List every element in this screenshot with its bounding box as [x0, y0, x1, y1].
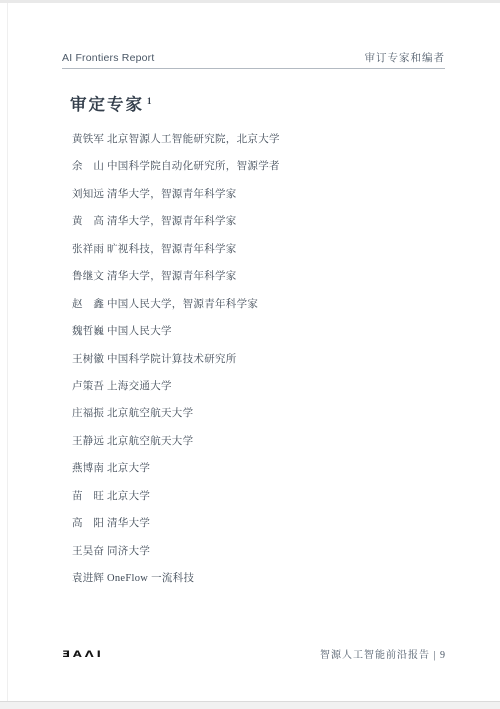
expert-affiliation: 中国人民大学	[107, 325, 172, 339]
page-title-text: 审定专家	[70, 95, 144, 114]
expert-row: 魏哲巍 中国人民大学	[72, 325, 470, 352]
page-edge-left	[7, 3, 8, 701]
expert-affiliation: 北京航空航天大学	[107, 435, 193, 449]
document-page: AI Frontiers Report 审订专家和编者 审定专家1 黄铁军 北京…	[0, 0, 500, 709]
expert-row: 苗 旺 北京大学	[72, 490, 470, 517]
expert-row: 王昊奋 同济大学	[72, 545, 470, 572]
expert-row: 黄铁军 北京智源人工智能研究院，北京大学	[72, 133, 470, 160]
expert-name: 王静远	[72, 435, 104, 449]
expert-name: 赵 鑫	[72, 298, 104, 312]
expert-name: 庄福振	[72, 407, 104, 421]
expert-name: 王树徽	[72, 353, 104, 367]
header-rule	[62, 68, 445, 69]
expert-row: 赵 鑫 中国人民大学，智源青年科学家	[72, 298, 470, 325]
page-header: AI Frontiers Report 审订专家和编者	[62, 50, 445, 65]
expert-row: 高 阳 清华大学	[72, 517, 470, 544]
header-section-name: 审订专家和编者	[365, 50, 446, 65]
expert-affiliation: 同济大学	[107, 545, 150, 559]
title-footnote-marker: 1	[147, 96, 152, 106]
expert-row: 王树徽 中国科学院计算技术研究所	[72, 353, 470, 380]
expert-row: 黄 高 清华大学，智源青年科学家	[72, 215, 470, 242]
header-report-name: AI Frontiers Report	[62, 52, 155, 64]
expert-affiliation: 清华大学，智源青年科学家	[107, 215, 237, 229]
expert-affiliation: 清华大学，智源青年科学家	[107, 270, 237, 284]
expert-affiliation: OneFlow 一流科技	[107, 572, 194, 586]
expert-affiliation: 北京大学	[107, 490, 150, 504]
expert-row: 余 山 中国科学院自动化研究所，智源学者	[72, 160, 470, 187]
expert-row: 王静远 北京航空航天大学	[72, 435, 470, 462]
footer-page-info: 智源人工智能前沿报告 | 9	[320, 646, 446, 661]
expert-name: 燕博南	[72, 462, 104, 476]
expert-row: 卢策吾 上海交通大学	[72, 380, 470, 407]
expert-name: 张祥雨	[72, 243, 104, 257]
baai-logo: ƎAΛI	[62, 648, 104, 659]
page-footer: ƎAΛI 智源人工智能前沿报告 | 9	[62, 646, 446, 661]
expert-name: 魏哲巍	[72, 325, 104, 339]
expert-name: 苗 旺	[72, 490, 104, 504]
page-title: 审定专家1	[70, 91, 152, 115]
expert-name: 鲁继文	[72, 270, 104, 284]
expert-affiliation: 清华大学，智源青年科学家	[107, 188, 237, 202]
expert-name: 黄铁军	[72, 133, 104, 147]
expert-affiliation: 中国科学院计算技术研究所	[107, 353, 237, 367]
expert-affiliation: 北京智源人工智能研究院，北京大学	[107, 133, 280, 147]
expert-name: 刘知远	[72, 188, 104, 202]
expert-row: 鲁继文 清华大学，智源青年科学家	[72, 270, 470, 297]
expert-affiliation: 中国人民大学，智源青年科学家	[107, 298, 258, 312]
expert-affiliation: 中国科学院自动化研究所，智源学者	[107, 160, 280, 174]
page-edge-top	[0, 0, 500, 3]
expert-affiliation: 上海交通大学	[107, 380, 172, 394]
expert-row: 燕博南 北京大学	[72, 462, 470, 489]
expert-row: 袁进辉 OneFlow 一流科技	[72, 572, 470, 599]
expert-name: 袁进辉	[72, 572, 104, 586]
experts-list: 黄铁军 北京智源人工智能研究院，北京大学 余 山 中国科学院自动化研究所，智源学…	[72, 133, 470, 599]
expert-row: 刘知远 清华大学，智源青年科学家	[72, 188, 470, 215]
expert-name: 高 阳	[72, 517, 104, 531]
expert-affiliation: 北京大学	[107, 462, 150, 476]
expert-name: 王昊奋	[72, 545, 104, 559]
page-edge-bottom	[0, 701, 500, 709]
expert-affiliation: 北京航空航天大学	[107, 407, 193, 421]
expert-affiliation: 旷视科技，智源青年科学家	[107, 243, 237, 257]
expert-name: 余 山	[72, 160, 104, 174]
expert-row: 张祥雨 旷视科技，智源青年科学家	[72, 243, 470, 270]
expert-name: 卢策吾	[72, 380, 104, 394]
expert-affiliation: 清华大学	[107, 517, 150, 531]
expert-row: 庄福振 北京航空航天大学	[72, 407, 470, 434]
expert-name: 黄 高	[72, 215, 104, 229]
